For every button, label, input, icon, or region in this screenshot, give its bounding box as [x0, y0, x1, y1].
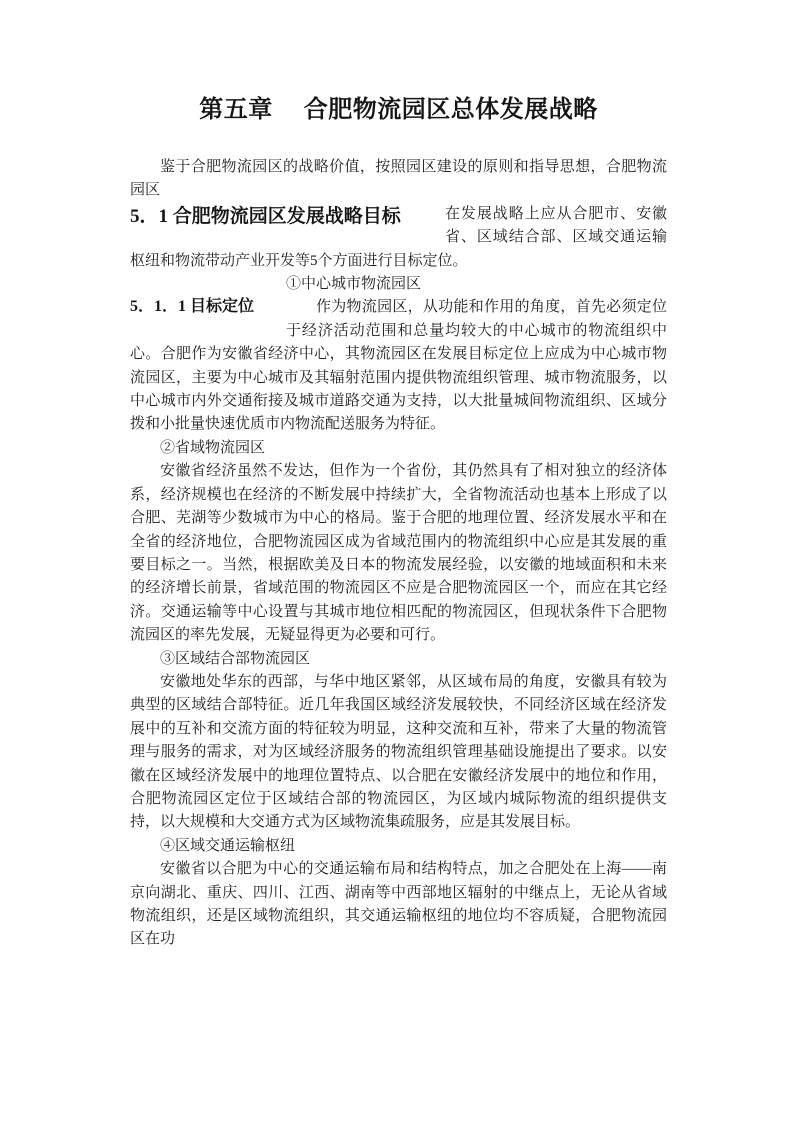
- item-4-label: ④区域交通运输枢纽: [130, 835, 667, 858]
- chapter-title: 第五章 合肥物流园区总体发展战略: [130, 94, 667, 126]
- item-2-label: ②省域物流园区: [130, 437, 667, 460]
- page-content: 第五章 合肥物流园区总体发展战略 鉴于合肥物流园区的战略价值，按照园区建设的原则…: [130, 94, 667, 952]
- intro-paragraph-part1: 鉴于合肥物流园区的战略价值，按照园区建设的原则和指导思想，合肥物流园区: [130, 156, 667, 203]
- item-3-label: ③区域结合部物流园区: [130, 648, 667, 671]
- intro-paragraph: 鉴于合肥物流园区的战略价值，按照园区建设的原则和指导思想，合肥物流园区5．1 合…: [130, 156, 667, 273]
- section-heading-5-1-1: 5．1．1 目标定位: [130, 273, 286, 341]
- item-2-paragraph: 安徽省经济虽然不发达，但作为一个省份，其仍然具有了相对独立的经济体系，经济规模也…: [130, 460, 667, 647]
- item-4-paragraph: 安徽省以合肥为中心的交通运输布局和结构特点，加之合肥处在上海——南京向湖北、重庆…: [130, 858, 667, 952]
- body-text: 鉴于合肥物流园区的战略价值，按照园区建设的原则和指导思想，合肥物流园区5．1 合…: [130, 156, 667, 952]
- item-1-label: ①中心城市物流园区: [286, 276, 421, 292]
- item-1-heading-line: 5．1．1 目标定位①中心城市物流园区: [130, 273, 667, 296]
- section-heading-5-1: 5．1 合肥物流园区发展战略目标: [130, 203, 445, 248]
- document-page: 第五章 合肥物流园区总体发展战略 鉴于合肥物流园区的战略价值，按照园区建设的原则…: [0, 0, 793, 1122]
- item-3-paragraph: 安徽地处华东的西部，与华中地区紧邻，从区域布局的角度，安徽具有较为典型的区域结合…: [130, 671, 667, 835]
